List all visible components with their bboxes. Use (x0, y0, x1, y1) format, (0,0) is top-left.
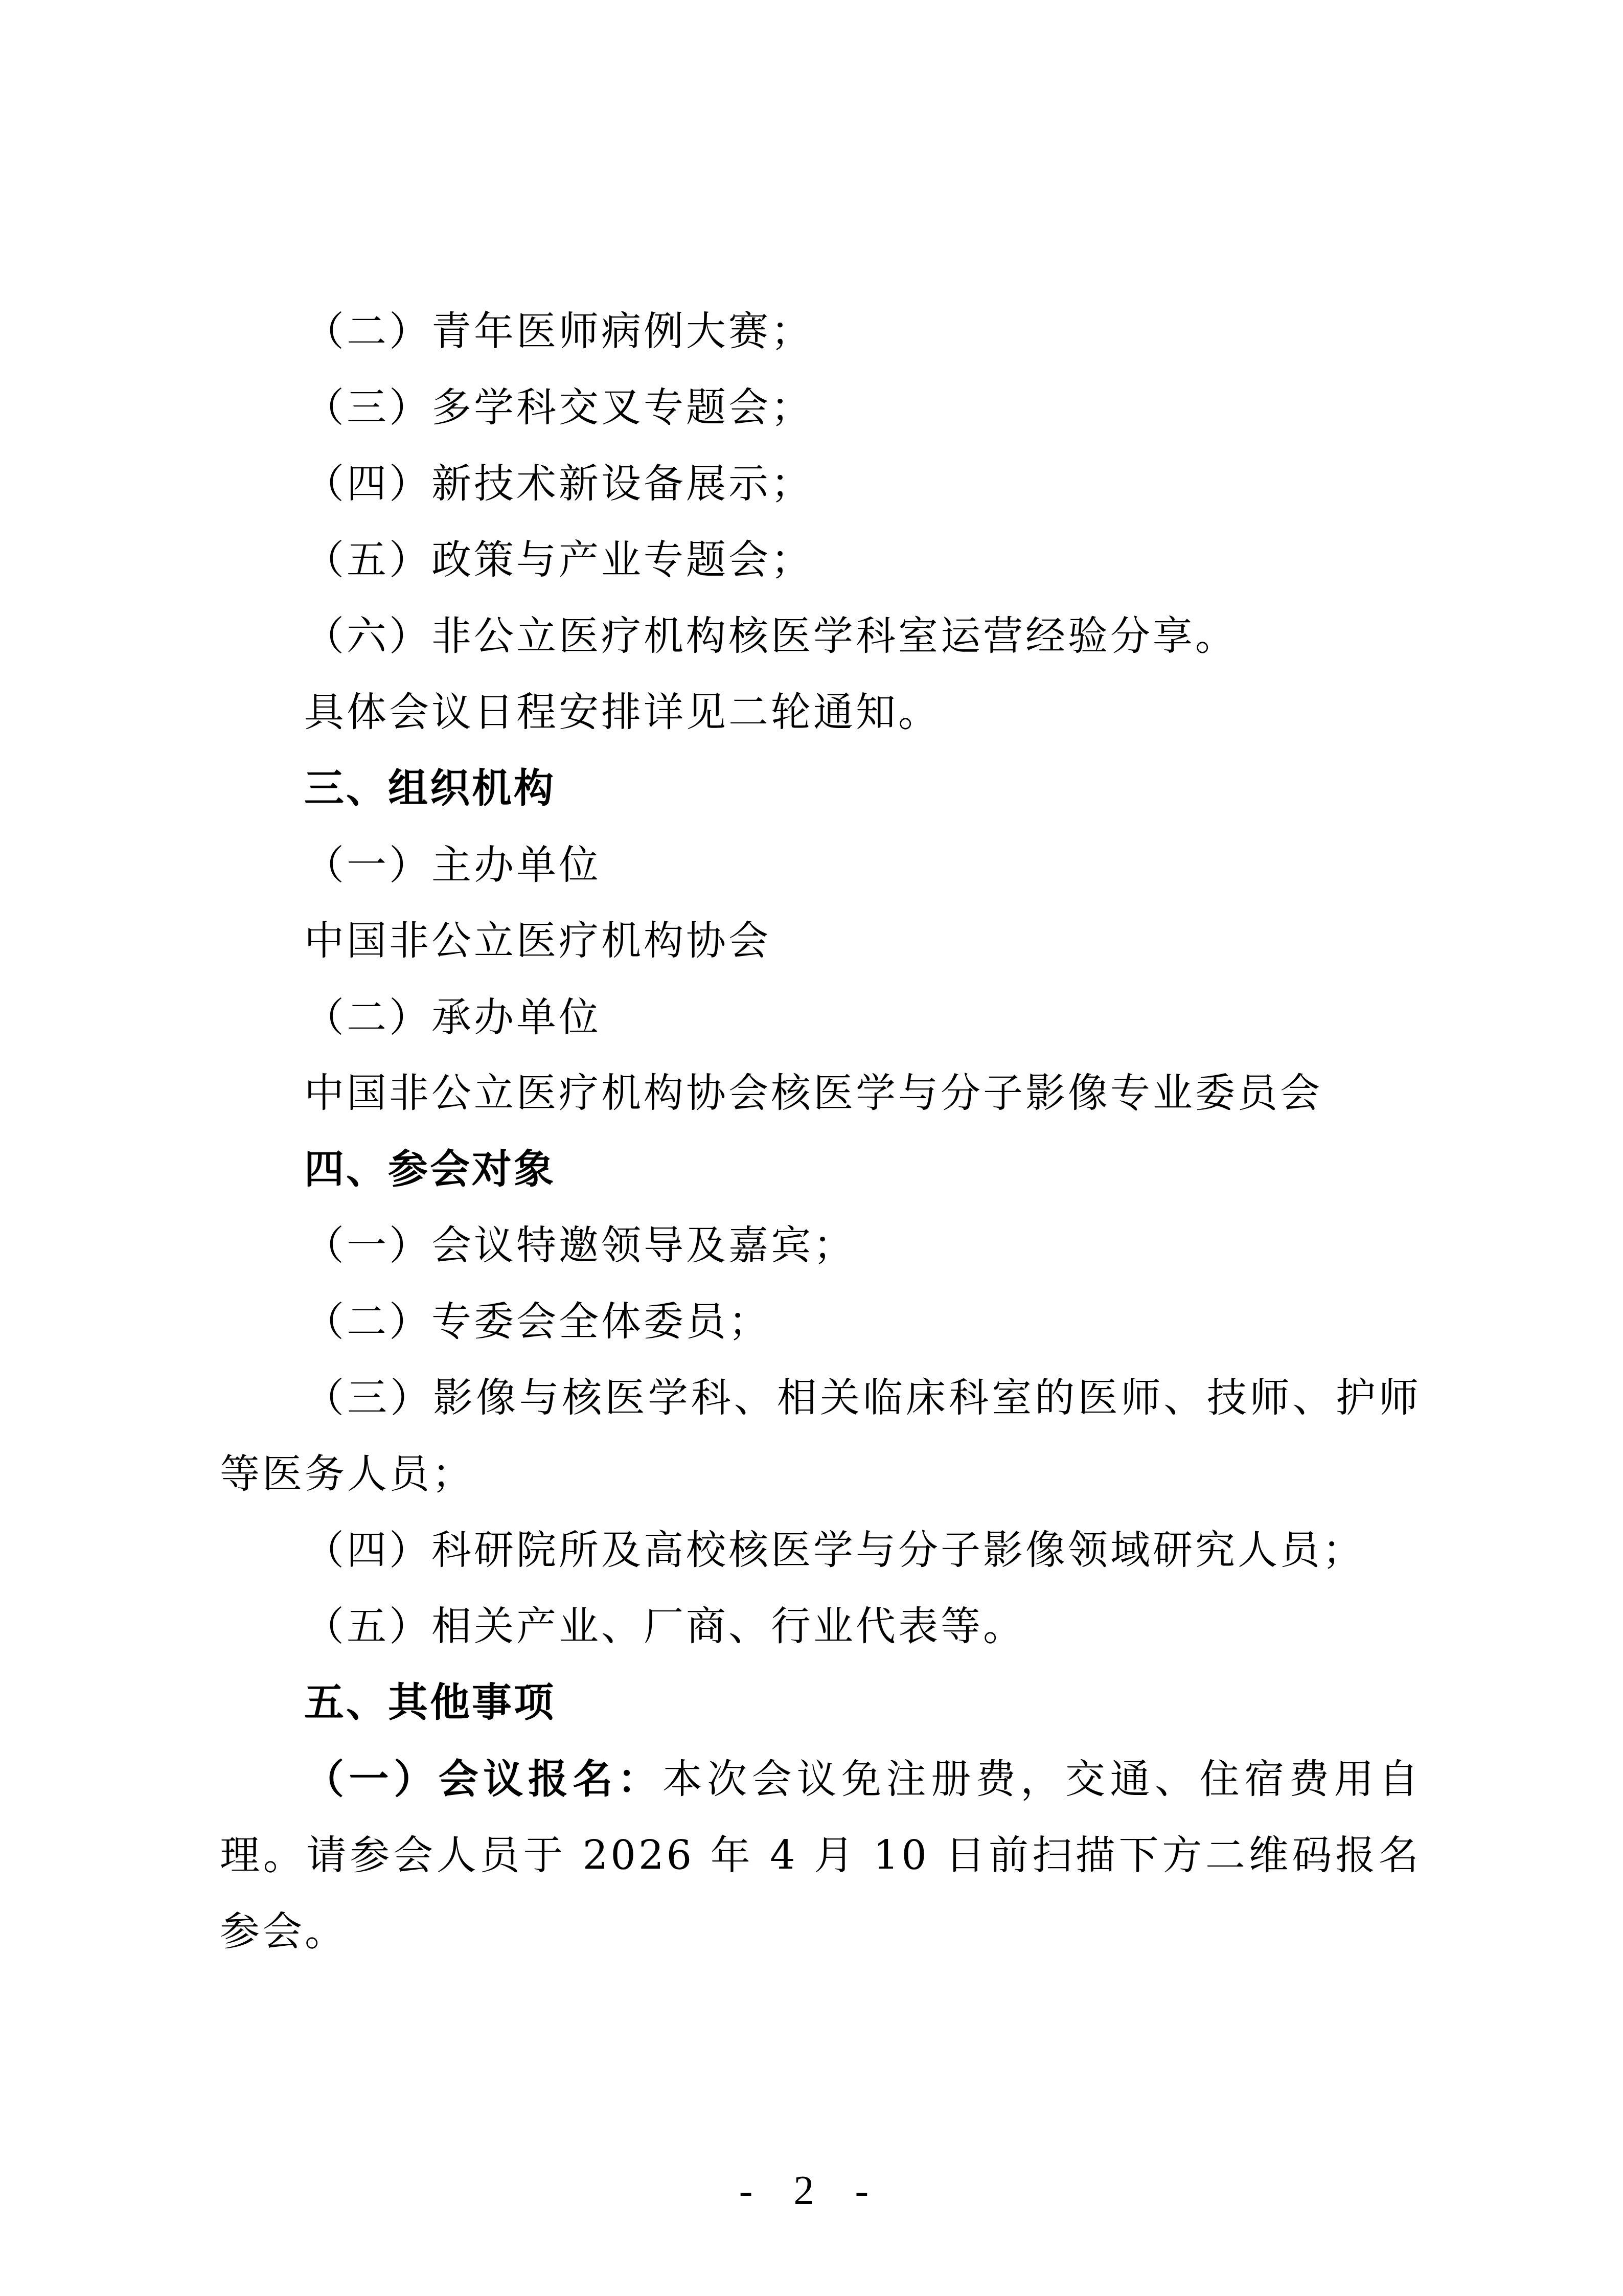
attendee-item: （三）影像与核医学科、相关临床科室的医师、技师、护师等医务人员； (220, 1360, 1421, 1513)
agenda-note: 具体会议日程安排详见二轮通知。 (220, 675, 1421, 751)
attendee-item: （四）科研院所及高校核医学与分子影像领域研究人员； (220, 1513, 1421, 1589)
host-value: 中国非公立医疗机构协会 (220, 903, 1421, 980)
attendee-item: （二）专委会全体委员； (220, 1284, 1421, 1360)
host-label: （一）主办单位 (220, 827, 1421, 903)
agenda-item: （六）非公立医疗机构核医学科室运营经验分享。 (220, 599, 1421, 675)
registration-paragraph: （一）会议报名：本次会议免注册费，交通、住宿费用自理。请参会人员于 2026 年… (220, 1741, 1421, 1970)
agenda-item: （五）政策与产业专题会； (220, 522, 1421, 599)
document-body: （二）青年医师病例大赛； （三）多学科交叉专题会； （四）新技术新设备展示； （… (220, 294, 1421, 1970)
agenda-item: （四）新技术新设备展示； (220, 446, 1421, 522)
section-heading-other: 五、其他事项 (220, 1665, 1421, 1741)
organizer-value: 中国非公立医疗机构协会核医学与分子影像专业委员会 (220, 1056, 1421, 1132)
organizer-label: （二）承办单位 (220, 980, 1421, 1056)
section-heading-organization: 三、组织机构 (220, 751, 1421, 827)
registration-lead: （一）会议报名： (304, 1757, 662, 1802)
agenda-item: （二）青年医师病例大赛； (220, 294, 1421, 370)
section-heading-attendees: 四、参会对象 (220, 1132, 1421, 1208)
attendee-item: （一）会议特邀领导及嘉宾； (220, 1208, 1421, 1284)
attendee-item: （五）相关产业、厂商、行业代表等。 (220, 1589, 1421, 1665)
page-number: - 2 - (0, 2168, 1623, 2214)
agenda-item: （三）多学科交叉专题会； (220, 370, 1421, 446)
document-page: （二）青年医师病例大赛； （三）多学科交叉专题会； （四）新技术新设备展示； （… (0, 0, 1623, 2296)
